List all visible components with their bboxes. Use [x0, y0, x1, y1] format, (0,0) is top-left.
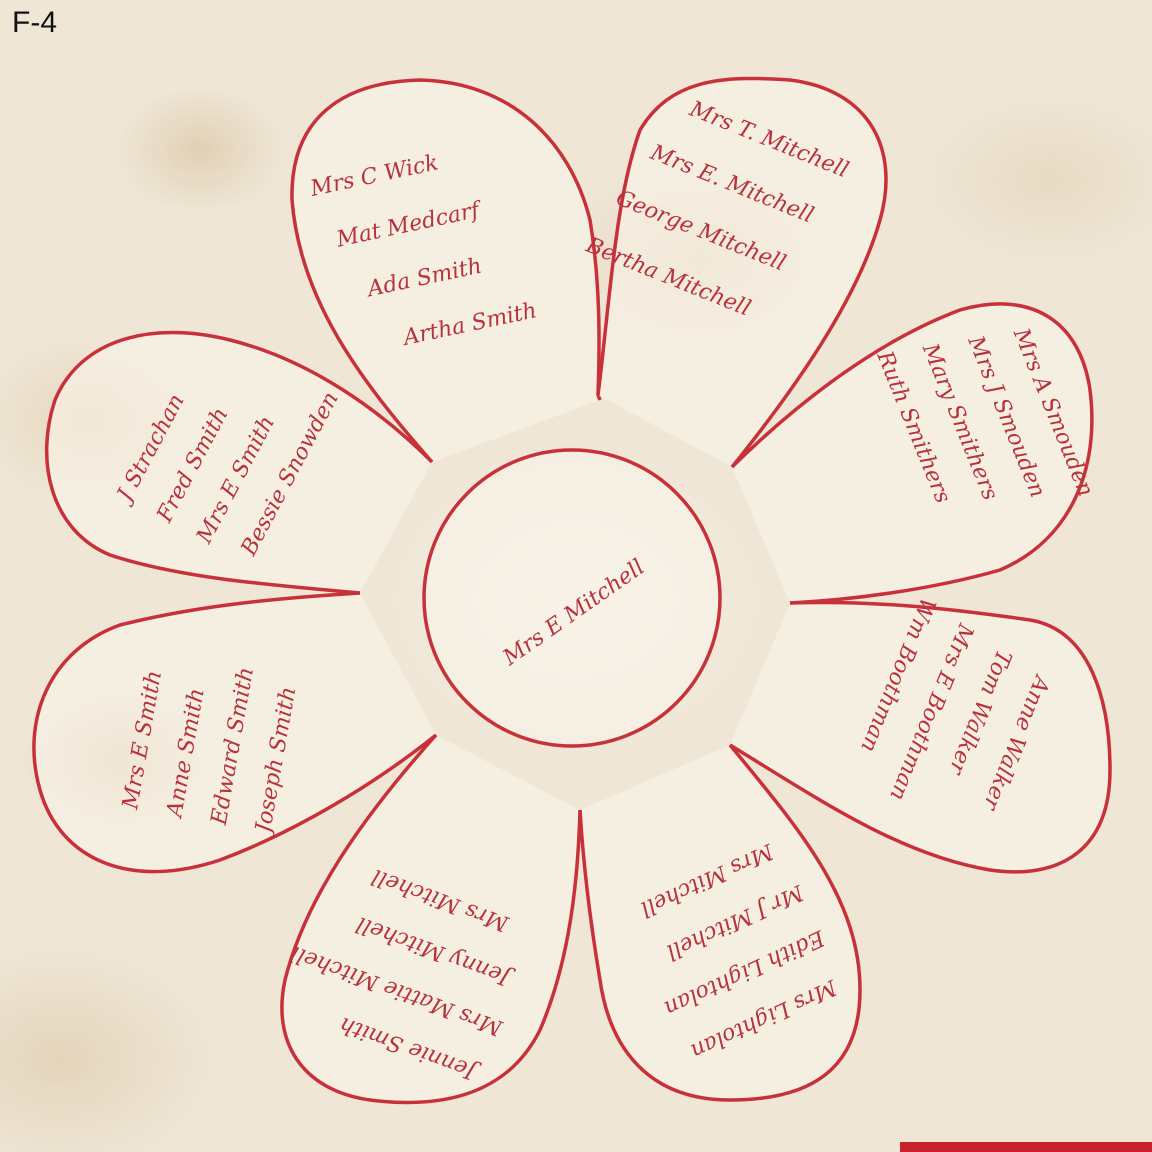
quilt-block-photo: F-4 Mrs E Mitchell Mrs: [0, 0, 1152, 1152]
signature-flower: Mrs E Mitchell Mrs C Wick Mat Medcarf Ad…: [0, 0, 1152, 1152]
red-binding-strip: [900, 1142, 1152, 1152]
